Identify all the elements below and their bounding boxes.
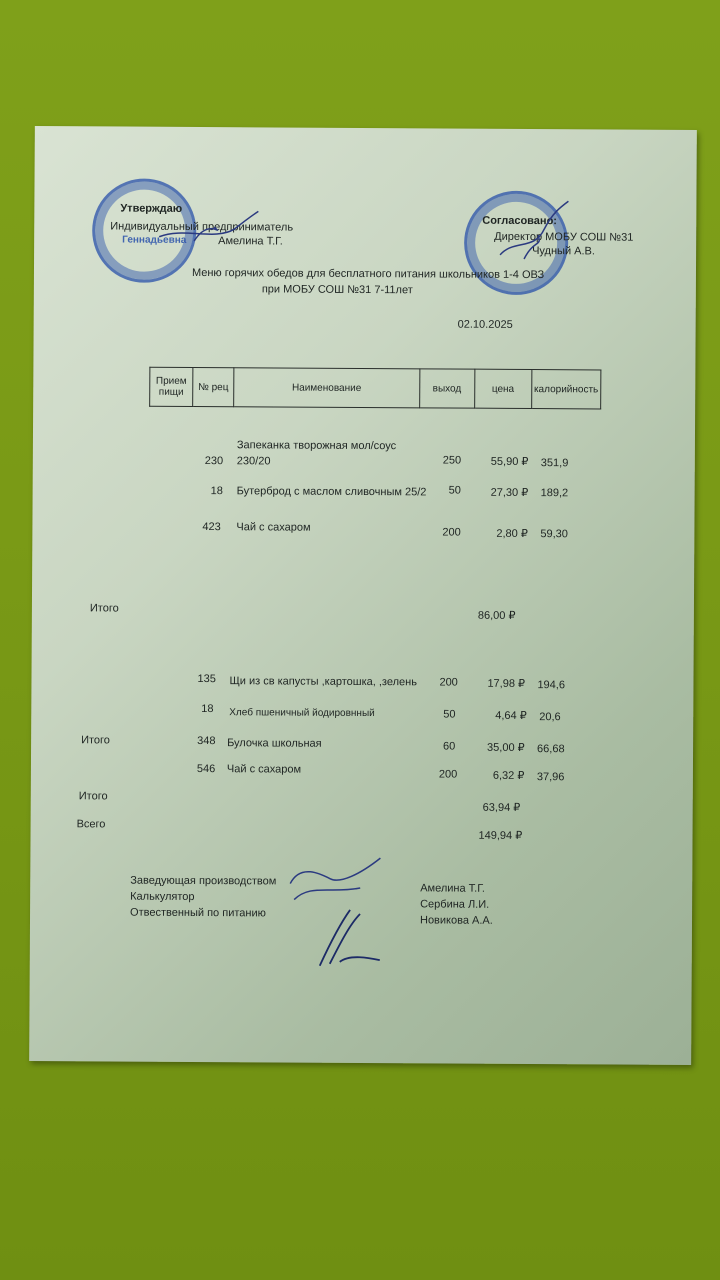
section2-total-label: Итого xyxy=(79,790,108,802)
table-row: 546 Чай с сахаром 200 6,32 ₽ 37,96 xyxy=(35,126,697,130)
table-row: 230 Запеканка творожная мол/соус 230/20 … xyxy=(35,126,697,130)
table-row: 423 Чай с сахаром 200 2,80 ₽ 59,30 xyxy=(35,126,697,130)
col-meal: Прием пищи xyxy=(150,367,193,406)
table-row: 18 Бутерброд с маслом сливочным 25/2 50 … xyxy=(35,126,697,130)
table-row: 18 Хлеб пшеничный йодировнный 50 4,64 ₽ … xyxy=(35,126,697,130)
grand-total-label: Всего xyxy=(77,818,106,830)
menu-document: Геннадьевна Утверждаю Индивидуальный пре… xyxy=(29,126,697,1065)
col-name: Наименование xyxy=(234,368,420,408)
name-calculator: Сербина Л.И. xyxy=(420,898,489,910)
col-yield: выход xyxy=(419,369,474,408)
document-title-line1: Меню горячих обедов для бесплатного пита… xyxy=(192,267,544,281)
table-row: Итого 348 Булочка школьная 60 35,00 ₽ 66… xyxy=(35,126,697,130)
signature-director-icon xyxy=(494,199,574,269)
document-date: 02.10.2025 xyxy=(458,319,513,331)
table-row: 135 Щи из св капусты ,картошка, ,зелень … xyxy=(35,126,697,130)
grand-total: 149,94 ₽ xyxy=(478,829,522,842)
section1-total-label: Итого xyxy=(90,602,119,614)
role-production-head: Заведующая производством xyxy=(130,875,276,888)
role-nutrition: Отвественный по питанию xyxy=(130,907,266,920)
col-price: цена xyxy=(474,369,531,408)
section2-total: 63,94 ₽ xyxy=(483,801,521,814)
document-title-line2: при МОБУ СОШ №31 7-11лет xyxy=(262,283,413,296)
menu-table-header: Прием пищи № рец Наименование выход цена… xyxy=(149,367,601,410)
signature-approver-icon xyxy=(154,207,264,248)
name-production-head: Амелина Т.Г. xyxy=(420,882,485,894)
col-kcal: калорийность xyxy=(531,370,601,409)
role-calculator: Калькулятор xyxy=(130,891,194,903)
col-recipe: № рец xyxy=(193,367,234,406)
name-nutrition: Новикова А.А. xyxy=(420,914,493,926)
section1-total: 86,00 ₽ xyxy=(478,609,516,622)
signatures-icon xyxy=(280,854,401,975)
